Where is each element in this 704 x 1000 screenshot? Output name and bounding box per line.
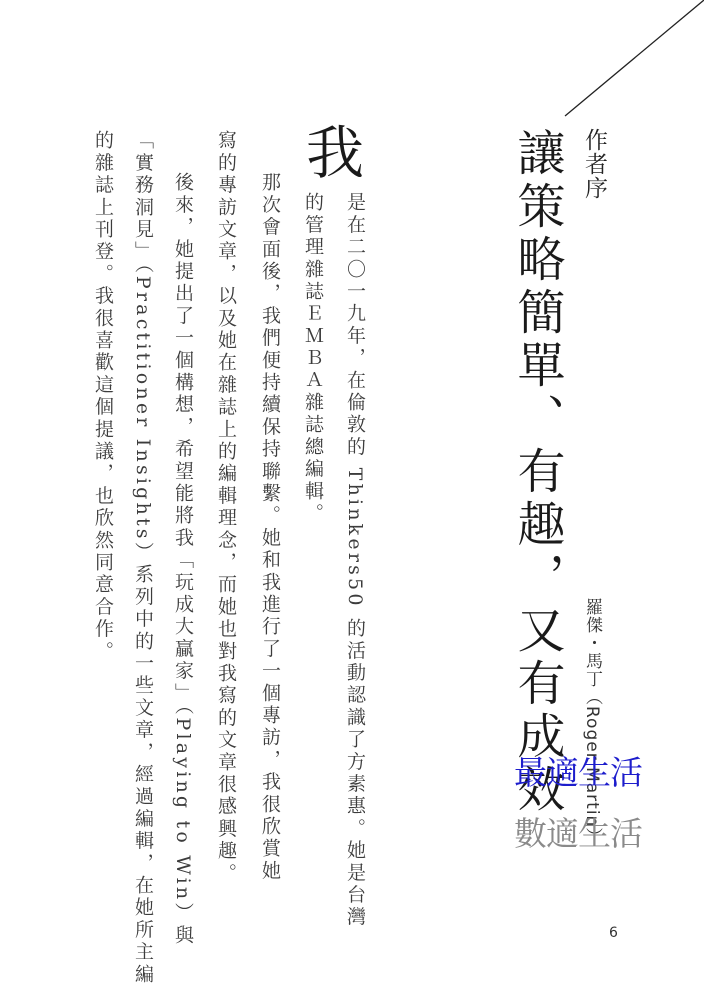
body-column-1: 是在二〇一九年，在倫敦的 Thinkers50 的活動認識了方素惠。她是台灣 xyxy=(343,192,367,929)
chapter-title: 讓策略簡單、有趣，又有成效 xyxy=(508,128,566,817)
watermark-blue: 最適生活 xyxy=(514,747,642,794)
body-column-4: 寫的專訪文章，以及她在雜誌上的編輯理念，而她也對我寫的文章很感興趣。 xyxy=(214,130,238,885)
body-column-6: 「實務洞見」（Practitioner Insights）系列中的一些文章，經過… xyxy=(131,130,155,986)
body-column-5: 後來，她提出了一個構想，希望能將我「玩成大贏家」（Playing to Win）… xyxy=(171,172,195,947)
section-label: 作者序 xyxy=(578,128,611,200)
book-page: 作者序 讓策略簡單、有趣，又有成效 羅傑・馬丁（Roger Martin） 我 … xyxy=(0,0,704,1000)
body-column-2: 的管理雜誌ＥＭＢＡ雜誌總編輯。 xyxy=(301,192,325,525)
drop-cap: 我 xyxy=(306,120,364,186)
body-column-3: 那次會面後，我們便持續保持聯繫。她和我進行了一個專訪，我很欣賞她 xyxy=(258,172,282,882)
body-column-7: 的雜誌上刊登。我很喜歡這個提議，也欣然同意合作。 xyxy=(91,130,115,663)
watermark-gray: 數適生活 xyxy=(514,808,642,855)
page-number: 6 xyxy=(609,925,618,941)
